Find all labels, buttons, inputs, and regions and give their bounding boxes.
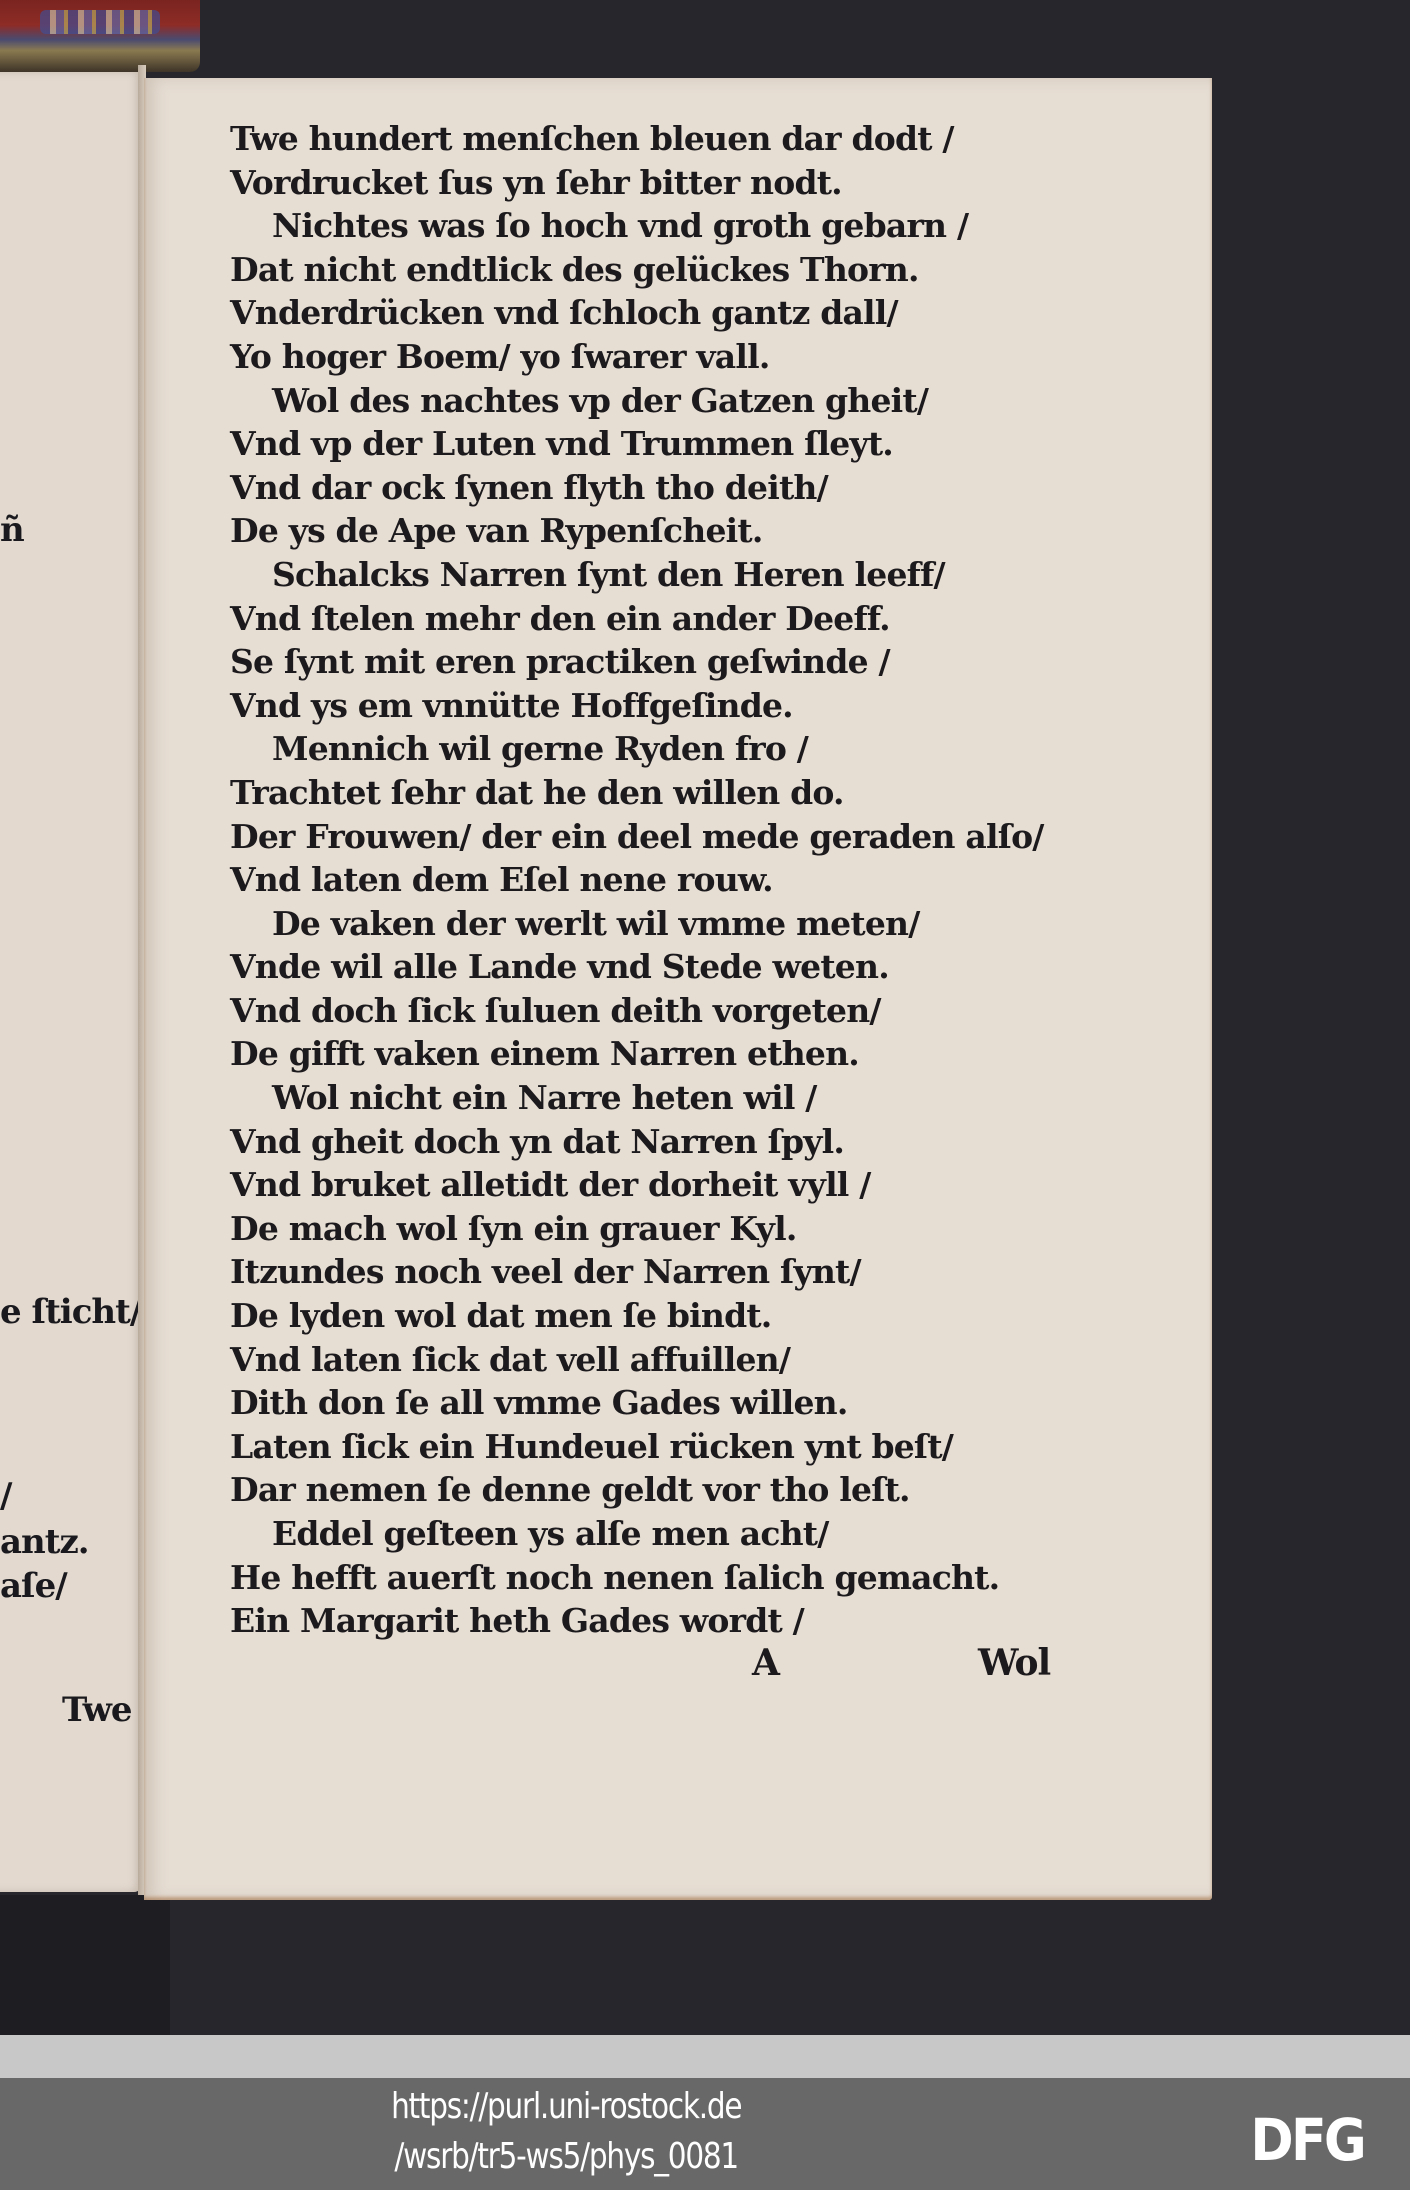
- verse-text-block: Twe hundert menſchen bleuen dar dodt / V…: [230, 117, 1050, 1643]
- verse-line: Trachtet ſehr dat he den willen do.: [230, 771, 1050, 815]
- verse-line: Eddel geſteen ys alſe men acht/: [230, 1512, 1050, 1556]
- verse-line: He hefft auerſt noch nenen ſalich gemach…: [230, 1556, 1050, 1600]
- verse-line: Wol des nachtes vp der Gatzen gheit/: [230, 379, 1050, 423]
- book-cover-fabric: [0, 0, 200, 72]
- verse-line: Wol nicht ein Narre heten wil /: [230, 1076, 1050, 1120]
- verse-line: Vnd laten ſick dat vell affuillen/: [230, 1338, 1050, 1382]
- left-page-fragment: aſe/: [0, 1566, 67, 1606]
- permalink-line-2[interactable]: /wsrb/tr5-ws5/phys_0081: [115, 2136, 1017, 2177]
- verse-line: Vnderdrücken vnd ſchloch gantz dall/: [230, 291, 1050, 335]
- verse-line: De lyden wol dat men ſe bindt.: [230, 1294, 1050, 1338]
- verse-line: Dith don ſe all vmme Gades willen.: [230, 1381, 1050, 1425]
- left-page-fragment: ñ: [0, 510, 24, 550]
- verse-line: Ein Margarit heth Gades wordt /: [230, 1599, 1050, 1643]
- verse-line: De mach wol ſyn ein grauer Kyl.: [230, 1207, 1050, 1251]
- verse-line: Vnde wil alle Lande vnd Stede weten.: [230, 945, 1050, 989]
- left-page-fragment: /: [0, 1476, 11, 1516]
- verse-line: Twe hundert menſchen bleuen dar dodt /: [230, 117, 1050, 161]
- book-spine-shadow: [0, 1895, 170, 2035]
- verse-line: Vnd gheit doch yn dat Narren ſpyl.: [230, 1120, 1050, 1164]
- left-page-fragment: antz.: [0, 1522, 89, 1562]
- verse-line: De vaken der werlt wil vmme meten/: [230, 902, 1050, 946]
- verse-line: Dat nicht endtlick des gelückes Thorn.: [230, 248, 1050, 292]
- footer-bar: https://purl.uni-rostock.de /wsrb/tr5-ws…: [0, 2078, 1410, 2190]
- verse-line: Vnd doch ſick ſuluen deith vorgeten/: [230, 989, 1050, 1033]
- dfg-logo-icon: DFG: [1250, 2106, 1364, 2174]
- left-page-fragment: e ſticht/: [0, 1292, 141, 1332]
- verse-line: Vnd ſtelen mehr den ein ander Deeff.: [230, 597, 1050, 641]
- verse-line: Yo hoger Boem/ yo ſwarer vall.: [230, 335, 1050, 379]
- verse-line: De gifft vaken einem Narren ethen.: [230, 1032, 1050, 1076]
- verse-line: Vnd laten dem Eſel nene rouw.: [230, 858, 1050, 902]
- verse-line: Se ſynt mit eren practiken geſwinde /: [230, 640, 1050, 684]
- catchword: Wol: [978, 1642, 1050, 1684]
- signature-mark: A: [752, 1642, 780, 1684]
- verse-line: Dar nemen ſe denne geldt vor tho leſt.: [230, 1468, 1050, 1512]
- left-page-edge: [0, 72, 142, 1892]
- separator-band: [0, 2035, 1410, 2078]
- verse-line: De ys de Ape van Rypenſcheit.: [230, 509, 1050, 553]
- verse-line: Vnd bruket alletidt der dorheit vyll /: [230, 1163, 1050, 1207]
- verse-line: Itzundes noch veel der Narren ſynt/: [230, 1250, 1050, 1294]
- permalink-line-1[interactable]: https://purl.uni-rostock.de: [115, 2086, 1017, 2127]
- verse-line: Nichtes was ſo hoch vnd groth gebarn /: [230, 204, 1050, 248]
- verse-line: Schalcks Narren ſynt den Heren leeff/: [230, 553, 1050, 597]
- left-page-catchword: Twe: [62, 1690, 131, 1730]
- verse-line: Vordrucket ſus yn ſehr bitter nodt.: [230, 161, 1050, 205]
- verse-line: Laten ſick ein Hundeuel rücken ynt beſt/: [230, 1425, 1050, 1469]
- verse-line: Vnd vp der Luten vnd Trummen ſleyt.: [230, 422, 1050, 466]
- verse-line: Vnd dar ock ſynen flyth tho deith/: [230, 466, 1050, 510]
- verse-line: Der Frouwen/ der ein deel mede geraden a…: [230, 815, 1050, 859]
- verse-line: Vnd ys em vnnütte Hoffgeſinde.: [230, 684, 1050, 728]
- verse-line: Mennich wil gerne Ryden fro /: [230, 727, 1050, 771]
